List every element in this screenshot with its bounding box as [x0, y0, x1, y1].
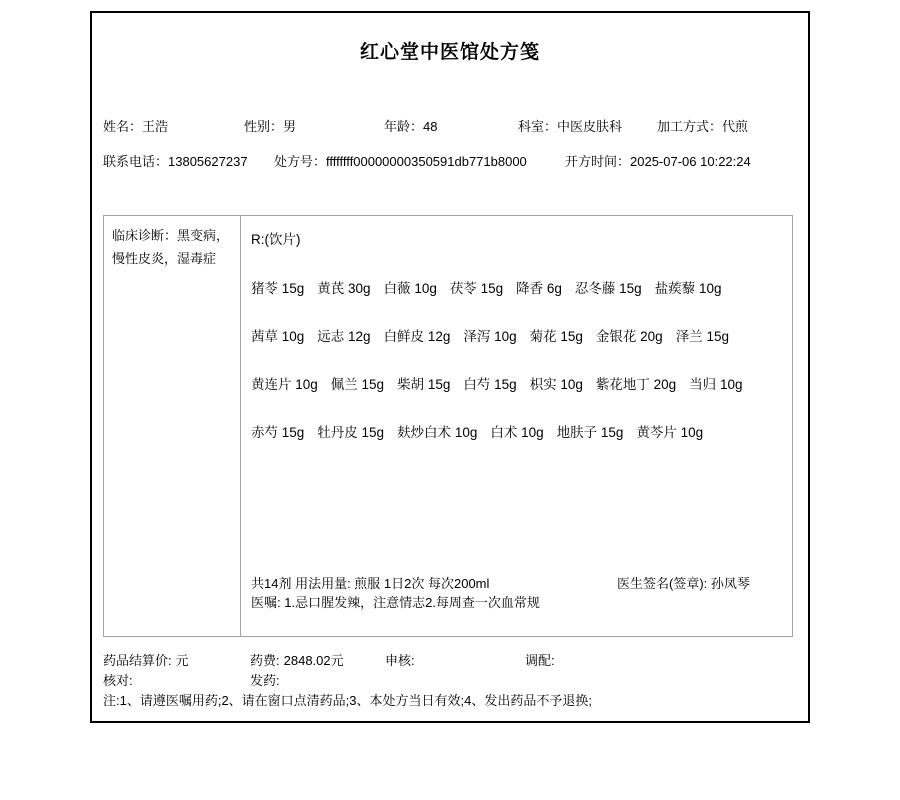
herb-item: 盐蒺藜 10g: [655, 281, 722, 296]
rx-header: R:(饮片): [251, 228, 301, 248]
field-review: 申核:: [385, 650, 419, 669]
field-age: 年龄：48: [384, 116, 437, 135]
doctor-signature-value: 孙凤琴: [711, 576, 750, 591]
field-prescription-number: 处方号：ffffffff00000000350591db771b8000: [274, 151, 527, 170]
field-value: 13805627237: [168, 154, 248, 169]
doctor-signature-label: 医生签名(签章):: [617, 576, 711, 591]
herb-item: 菊花 15g: [530, 329, 583, 344]
field-label: 处方号：: [274, 154, 326, 169]
field-issue-time: 开方时间：2025-07-06 10:22:24: [565, 151, 751, 170]
field-value: 2848.02元: [284, 653, 344, 668]
field-label: 开方时间：: [565, 154, 630, 169]
field-processing-method: 加工方式：代煎: [657, 116, 748, 135]
herb-item: 地肤子 15g: [557, 425, 624, 440]
field-label: 药费:: [250, 653, 280, 668]
footer-note: 注:1、请遵医嘱用药;2、请在窗口点清药品;3、本处方当日有效;4、发出药品不予…: [103, 690, 592, 709]
herb-item: 白鲜皮 12g: [384, 329, 451, 344]
herb-item: 黄连片 10g: [251, 377, 318, 392]
field-patient-name: 姓名：王浩: [103, 116, 168, 135]
diagnosis-label: 临床诊断：: [112, 228, 177, 243]
herb-item: 牡丹皮 15g: [317, 425, 384, 440]
field-value: 2025-07-06 10:22:24: [630, 154, 751, 169]
field-label: 性别：: [244, 119, 283, 134]
field-value: 48: [423, 119, 437, 134]
rx-cell: R:(饮片) 猪苓 15g黄芪 30g白薇 10g茯苓 15g降香 6g忍冬藤 …: [241, 216, 792, 636]
herb-item: 茯苓 15g: [450, 281, 503, 296]
herb-line: 猪苓 15g黄芪 30g白薇 10g茯苓 15g降香 6g忍冬藤 15g盐蒺藜 …: [251, 277, 784, 297]
field-label: 年龄：: [384, 119, 423, 134]
herb-item: 金银花 20g: [596, 329, 663, 344]
herb-item: 黄芪 30g: [317, 281, 370, 296]
prescription-sheet: 红心堂中医馆处方笺 姓名：王浩 性别：男 年龄：48 科室：中医皮肤科 加工方式…: [90, 11, 810, 723]
field-label: 药品结算价:: [103, 653, 172, 668]
herb-item: 麸炒白术 10g: [397, 425, 477, 440]
herb-item: 柴胡 15g: [397, 377, 450, 392]
page-title: 红心堂中医馆处方笺: [92, 37, 808, 64]
herb-item: 当归 10g: [689, 377, 742, 392]
field-label: 核对:: [103, 673, 133, 688]
field-check: 核对:: [103, 670, 137, 689]
field-value: ffffffff00000000350591db771b8000: [326, 154, 527, 169]
field-label: 科室：: [518, 119, 557, 134]
field-department: 科室：中医皮肤科: [518, 116, 622, 135]
herb-item: 降香 6g: [516, 281, 562, 296]
field-dispense: 发药:: [250, 670, 284, 689]
field-label: 调配:: [525, 653, 555, 668]
field-value: 中医皮肤科: [557, 119, 622, 134]
herb-item: 紫花地丁 20g: [596, 377, 676, 392]
medical-advice: 医嘱: 1.忌口腥发辣，注意情志2.每周查一次血常规: [251, 592, 540, 611]
prescription-page: 红心堂中医馆处方笺 姓名：王浩 性别：男 年龄：48 科室：中医皮肤科 加工方式…: [0, 0, 900, 800]
herb-item: 泽泻 10g: [463, 329, 516, 344]
field-prepare: 调配:: [525, 650, 559, 669]
herb-line: 赤芍 15g牡丹皮 15g麸炒白术 10g白术 10g地肤子 15g黄芩片 10…: [251, 421, 784, 441]
herb-item: 忍冬藤 15g: [575, 281, 642, 296]
doctor-signature: 医生签名(签章): 孙凤琴: [617, 573, 750, 592]
herb-line: 茜草 10g远志 12g白鲜皮 12g泽泻 10g菊花 15g金银花 20g泽兰…: [251, 325, 784, 345]
herb-item: 猪苓 15g: [251, 281, 304, 296]
field-value: 元: [176, 653, 189, 668]
dosage-line: 共14剂 用法用量: 煎服 1日2次 每次200ml: [251, 573, 489, 592]
field-value: 代煎: [722, 119, 748, 134]
field-label: 姓名：: [103, 119, 142, 134]
field-label: 申核:: [385, 653, 415, 668]
herb-item: 白术 10g: [490, 425, 543, 440]
herb-item: 茜草 10g: [251, 329, 304, 344]
field-settle-price: 药品结算价:元: [103, 650, 189, 669]
herb-item: 泽兰 15g: [676, 329, 729, 344]
field-value: 王浩: [142, 119, 168, 134]
field-label: 发药:: [250, 673, 280, 688]
herb-item: 黄芩片 10g: [636, 425, 703, 440]
field-label: 联系电话：: [103, 154, 168, 169]
herb-item: 白薇 10g: [384, 281, 437, 296]
prescription-table: 临床诊断：黑变病，慢性皮炎，湿毒症 R:(饮片) 猪苓 15g黄芪 30g白薇 …: [103, 215, 793, 637]
diagnosis-cell: 临床诊断：黑变病，慢性皮炎，湿毒症: [104, 216, 241, 636]
field-phone: 联系电话：13805627237: [103, 151, 248, 170]
herb-item: 枳实 10g: [530, 377, 583, 392]
herb-line: 黄连片 10g佩兰 15g柴胡 15g白芍 15g枳实 10g紫花地丁 20g当…: [251, 373, 784, 393]
herb-item: 白芍 15g: [463, 377, 516, 392]
field-label: 加工方式：: [657, 119, 722, 134]
herb-item: 佩兰 15g: [331, 377, 384, 392]
field-gender: 性别：男: [244, 116, 296, 135]
field-medicine-fee: 药费:2848.02元: [250, 650, 344, 669]
herb-item: 远志 12g: [317, 329, 370, 344]
herb-item: 赤芍 15g: [251, 425, 304, 440]
field-value: 男: [283, 119, 296, 134]
